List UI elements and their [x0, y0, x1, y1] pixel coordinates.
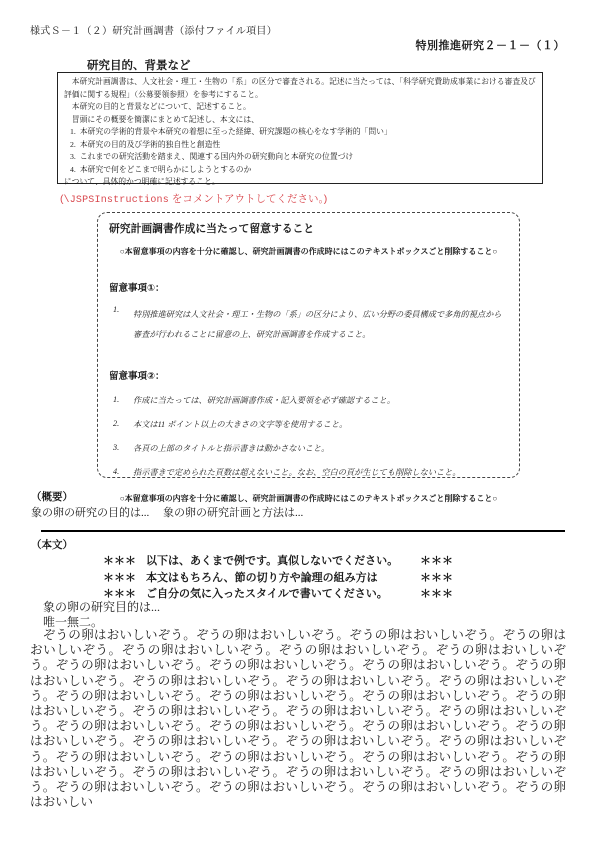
item-text: 各頁の上部のタイトルと指示書きは動かさないこと。	[133, 443, 508, 454]
section-divider	[41, 530, 565, 532]
guidance-paragraph: について、具体的かつ明確に記述すること。	[64, 176, 536, 189]
summary-label: （概要）	[31, 489, 73, 504]
latex-comment-note: (\JSPSInstructions をコメントアウトしてください。)	[60, 191, 327, 206]
research-category-header: 特別推進研究２－１－（１）	[416, 37, 566, 53]
item-text: 本研究の目的及び学術的独自性と創造性	[80, 140, 220, 149]
item-number: 3.	[70, 152, 76, 161]
example-warning-line: ＊＊＊以下は、あくまで例です。真似しないでください。＊＊＊	[103, 553, 453, 570]
confirm-delete-note-top: ○本留意事項の内容を十分に確認し、研究計画調書の作成時にはこのテキストボックスご…	[109, 246, 508, 257]
guidance-list-item: 2.本研究の目的及び学術的独自性と創造性	[70, 139, 536, 152]
example-warning-block: ＊＊＊以下は、あくまで例です。真似しないでください。＊＊＊ ＊＊＊本文はもちろん…	[103, 553, 453, 603]
document-page: 様式Ｓ－１（２）研究計画調書（添付ファイル項目） 特別推進研究２－１－（１） 研…	[0, 0, 595, 842]
notice-item: 1. 特別推進研究は人文社会・理工・生物の「系」の区分により、広い分野の委員構成…	[109, 305, 508, 345]
stars-left: ＊＊＊	[103, 570, 136, 587]
warning-text: ご自分の気に入ったスタイルで書いてください。	[146, 586, 420, 603]
body-paragraph: ぞうの卵はおいしいぞう。ぞうの卵はおいしいぞう。ぞうの卵はおいしいぞう。ぞうの卵…	[30, 628, 566, 810]
item-number: 3.	[109, 443, 133, 454]
item-text: これまでの研究活動を踏まえ、関連する国内外の研究動向と本研究の位置づけ	[80, 152, 353, 161]
item-text: 本研究で何をどこまで明らかにしようとするのか	[80, 165, 252, 174]
item-text: 本研究の学術的背景や本研究の着想に至った経緯、研究課題の核心をなす学術的「問い」	[80, 127, 392, 136]
notice-section-2-list: 1.作成に当たっては、研究計画調書作成・記入要領を必ず確認すること。 2.本文は…	[109, 395, 508, 478]
stars-right: ＊＊＊	[420, 570, 453, 587]
warning-text: 本文はもちろん、節の切り方や論理の組み方は	[146, 570, 420, 587]
item-text: 指示書きで定められた頁数は超えないこと。なお、空白の頁が生じても削除しないこと。	[133, 467, 508, 478]
notice-item: 3.各頁の上部のタイトルと指示書きは動かさないこと。	[109, 443, 508, 454]
summary-body: 象の卵の研究の目的は... 象の卵の研究計画と方法は...	[31, 504, 303, 520]
stars-right: ＊＊＊	[420, 553, 453, 570]
notice-item: 4.指示書きで定められた頁数は超えないこと。なお、空白の頁が生じても削除しないこ…	[109, 467, 508, 478]
note-text: をコメントアウトしてください。)	[169, 193, 327, 205]
item-text: 本文は11 ポイント以上の大きさの文字等を使用すること。	[133, 419, 508, 430]
stars-right: ＊＊＊	[420, 586, 453, 603]
item-number: 4.	[109, 467, 133, 478]
item-number: 4.	[70, 165, 76, 174]
guidance-list-item: 1.本研究の学術的背景や本研究の着想に至った経緯、研究課題の核心をなす学術的「問…	[70, 126, 536, 139]
confirm-delete-note-bottom: ○本留意事項の内容を十分に確認し、研究計画調書の作成時にはこのテキストボックスご…	[109, 493, 508, 504]
notice-box: 研究計画調書作成に当たって留意すること ○本留意事項の内容を十分に確認し、研究計…	[97, 212, 520, 478]
main-text-label: （本文）	[31, 537, 73, 552]
guidance-list-item: 3.これまでの研究活動を踏まえ、関連する国内外の研究動向と本研究の位置づけ	[70, 151, 536, 164]
example-warning-line: ＊＊＊本文はもちろん、節の切り方や論理の組み方は＊＊＊	[103, 570, 453, 587]
notice-section-2-label: 留意事項②：	[109, 368, 508, 382]
guidance-paragraph: 冒頭にその概要を簡潔にまとめて記述し、本文には、	[64, 114, 536, 127]
form-code-header: 様式Ｓ－１（２）研究計画調書（添付ファイル項目）	[30, 22, 277, 37]
item-number: 2.	[70, 140, 76, 149]
item-number: 2.	[109, 419, 133, 430]
notice-item: 1.作成に当たっては、研究計画調書作成・記入要領を必ず確認すること。	[109, 395, 508, 406]
notice-item: 2.本文は11 ポイント以上の大きさの文字等を使用すること。	[109, 419, 508, 430]
notice-section-1-label: 留意事項①：	[109, 280, 508, 294]
notice-box-title: 研究計画調書作成に当たって留意すること	[109, 221, 508, 236]
warning-text: 以下は、あくまで例です。真似しないでください。	[146, 553, 420, 570]
item-number: 1.	[109, 305, 133, 345]
latex-command: \JSPSInstructions	[64, 195, 169, 206]
guidance-paragraph: 本研究計画調書は、人文社会・理工・生物の「系」の区分で審査される。記述に当たって…	[64, 76, 536, 101]
item-number: 1.	[109, 395, 133, 406]
guidance-paragraph: 本研究の目的と背景などについて、記述すること。	[64, 101, 536, 114]
item-text: 作成に当たっては、研究計画調書作成・記入要領を必ず確認すること。	[133, 395, 508, 406]
item-number: 1.	[70, 127, 76, 136]
stars-left: ＊＊＊	[103, 553, 136, 570]
item-text: 特別推進研究は人文社会・理工・生物の「系」の区分により、広い分野の委員構成で多角…	[133, 300, 508, 345]
guidance-list-item: 4.本研究で何をどこまで明らかにしようとするのか	[70, 164, 536, 177]
guidance-box: 本研究計画調書は、人文社会・理工・生物の「系」の区分で審査される。記述に当たって…	[57, 72, 543, 184]
section-title: 研究目的、背景など	[87, 57, 191, 73]
